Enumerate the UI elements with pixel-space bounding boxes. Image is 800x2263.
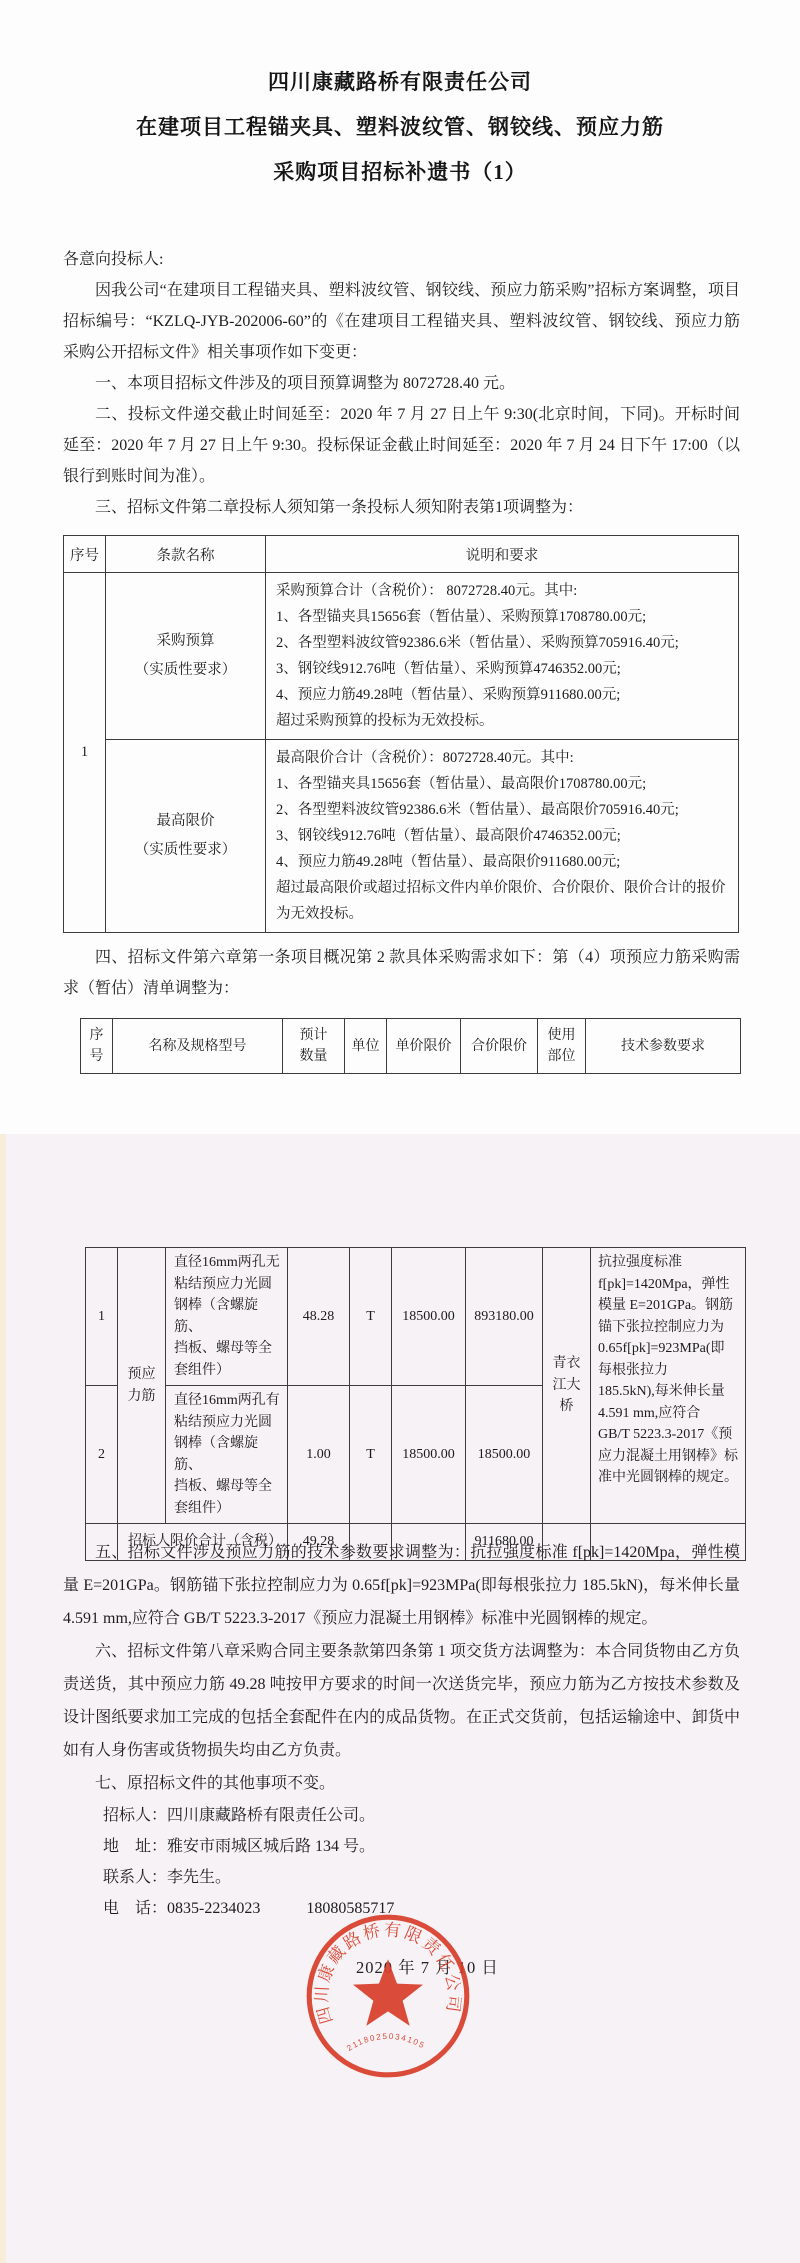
demand-header-row: 序 号 名称及规格型号 预计 数量 单位 单价限价 合价限价 使用 部位 技术参…	[81, 1019, 741, 1074]
clause-desc-limit-cell: 最高限价合计（含税价）：8072728.40元。其中: 1、各型锚夹具15656…	[266, 740, 739, 933]
document-page-2: 1 预应 力筋 直径16mm两孔无 粘结预应力光圆 钢棒（含螺旋筋、 挡板、螺母…	[0, 1134, 800, 2263]
header-qty: 预计 数量	[283, 1019, 345, 1074]
clause-adjustment-table: 序号 条款名称 说明和要求 1 采购预算 （实质性要求） 采购预算合计（含税价）…	[63, 535, 739, 933]
qty-cell: 48.28	[288, 1248, 350, 1386]
paragraph-item1: 一、本项目招标文件涉及的项目预算调整为 8072728.40 元。	[63, 368, 740, 399]
clause-seq-cell: 1	[64, 573, 106, 933]
document-title: 四川康藏路桥有限责任公司 在建项目工程锚夹具、塑料波纹管、钢铰线、预应力筋 采购…	[0, 60, 800, 195]
page1-body: 各意向投标人: 因我公司“在建项目工程锚夹具、塑料波纹管、钢铰线、预应力筋采购”…	[63, 244, 740, 1074]
category-cell: 预应 力筋	[118, 1248, 166, 1524]
demand-table-continued: 1 预应 力筋 直径16mm两孔无 粘结预应力光圆 钢棒（含螺旋筋、 挡板、螺母…	[85, 1247, 746, 1561]
qty-cell: 1.00	[288, 1386, 350, 1524]
title-line-company: 四川康藏路桥有限责任公司	[0, 60, 800, 105]
header-seq: 序号	[64, 536, 106, 573]
phone-number-1: 电 话：0835-2234023	[103, 1900, 260, 1917]
contact-address: 地 址：雅安市雨城区城后路 134 号。	[63, 1831, 740, 1862]
seal-star-icon	[353, 1959, 423, 2026]
title-line-doc-type: 采购项目招标补遗书（1）	[0, 150, 800, 195]
page2-body: 五、招标文件涉及预应力筋的技术参数要求调整为：抗拉强度标准 f[pk]=1420…	[63, 1536, 740, 1924]
paragraph-item5: 五、招标文件涉及预应力筋的技术参数要求调整为：抗拉强度标准 f[pk]=1420…	[63, 1536, 740, 1635]
unit-price-cell: 18500.00	[392, 1386, 466, 1524]
company-seal: 四川康藏路桥有限责任公司 2118025034105	[301, 1907, 475, 2081]
paragraph-item7: 七、原招标文件的其他事项不变。	[63, 1767, 740, 1800]
document-page-1: 四川康藏路桥有限责任公司 在建项目工程锚夹具、塑料波纹管、钢铰线、预应力筋 采购…	[0, 0, 800, 1134]
paragraph-item2: 二、投标文件递交截止时间延至：2020 年 7 月 27 日上午 9:30(北京…	[63, 399, 740, 492]
spec-cell: 直径16mm两孔无 粘结预应力光圆 钢棒（含螺旋筋、 挡板、螺母等全 套组件）	[166, 1248, 288, 1386]
seq-cell: 2	[86, 1386, 118, 1524]
paragraph-item6: 六、招标文件第八章采购合同主要条款第四条第 1 项交货方法调整为：本合同货物由乙…	[63, 1635, 740, 1767]
clause-name-budget-cell: 采购预算 （实质性要求）	[106, 573, 266, 740]
clause-desc-budget-cell: 采购预算合计（含税价）： 8072728.40元。其中: 1、各型锚夹具1565…	[266, 573, 739, 740]
contact-person: 联系人：李先生。	[63, 1862, 740, 1893]
paragraph-item4: 四、招标文件第六章第一条项目概况第 2 款具体采购需求如下：第（4）项预应力筋采…	[63, 942, 740, 1004]
clause-name-limit-cell: 最高限价 （实质性要求）	[106, 740, 266, 933]
header-unit-price: 单价限价	[387, 1019, 461, 1074]
paragraph-intro: 因我公司“在建项目工程锚夹具、塑料波纹管、钢铰线、预应力筋采购”招标方案调整，项…	[63, 275, 740, 368]
header-seq: 序 号	[81, 1019, 113, 1074]
clause-table-header-row: 序号 条款名称 说明和要求	[64, 536, 739, 573]
demand-table-header: 序 号 名称及规格型号 预计 数量 单位 单价限价 合价限价 使用 部位 技术参…	[80, 1018, 741, 1074]
header-location: 使用 部位	[538, 1019, 586, 1074]
demand-row-1: 1 预应 力筋 直径16mm两孔无 粘结预应力光圆 钢棒（含螺旋筋、 挡板、螺母…	[86, 1248, 746, 1386]
total-price-cell: 893180.00	[466, 1248, 543, 1386]
header-total-price: 合价限价	[461, 1019, 538, 1074]
unit-cell: T	[350, 1386, 392, 1524]
unit-cell: T	[350, 1248, 392, 1386]
total-price-cell: 18500.00	[466, 1386, 543, 1524]
unit-price-cell: 18500.00	[392, 1248, 466, 1386]
salutation: 各意向投标人:	[63, 244, 740, 275]
seq-cell: 1	[86, 1248, 118, 1386]
paragraph-item3: 三、招标文件第二章投标人须知第一条投标人须知附表第1项调整为：	[63, 492, 740, 523]
header-tech-spec: 技术参数要求	[586, 1019, 741, 1074]
clause-row-price-limit: 最高限价 （实质性要求） 最高限价合计（含税价）：8072728.40元。其中:…	[64, 740, 739, 933]
header-unit: 单位	[345, 1019, 387, 1074]
clause-row-budget: 1 采购预算 （实质性要求） 采购预算合计（含税价）： 8072728.40元。…	[64, 573, 739, 740]
header-spec: 名称及规格型号	[113, 1019, 283, 1074]
header-clause-name: 条款名称	[106, 536, 266, 573]
seal-code-text: 2118025034105	[345, 2032, 427, 2053]
header-description: 说明和要求	[266, 536, 739, 573]
tech-spec-cell: 抗拉强度标准 f[pk]=1420Mpa，弹性 模量 E=201GPa。钢筋 锚…	[591, 1248, 746, 1524]
location-cell: 青衣 江大 桥	[543, 1248, 591, 1524]
spec-cell: 直径16mm两孔有 粘结预应力光圆 钢棒（含螺旋筋、 挡板、螺母等全 套组件）	[166, 1386, 288, 1524]
contact-bidder: 招标人：四川康藏路桥有限责任公司。	[63, 1800, 740, 1831]
title-line-project: 在建项目工程锚夹具、塑料波纹管、钢铰线、预应力筋	[0, 105, 800, 150]
